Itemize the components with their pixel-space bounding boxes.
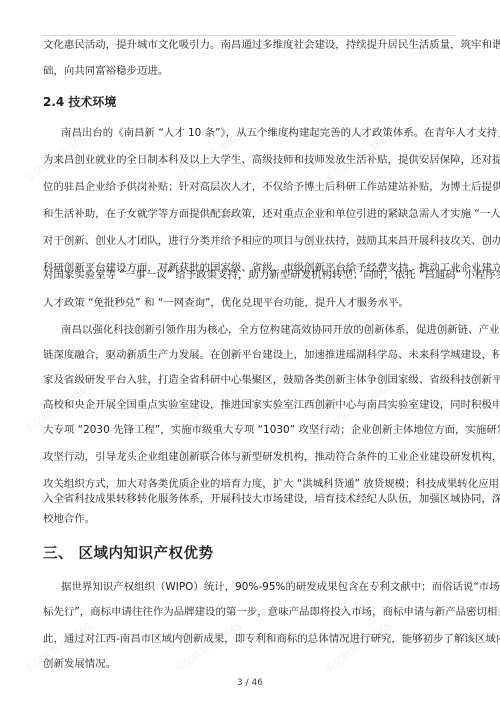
paragraph-line: 入全省科技成果转移转化服务体系，开展科技大市场建设，培育技术经纪人队伍，加强区域… <box>43 492 457 506</box>
paragraph-line: 对国家实验室等 “一事一议” 给予政策支持，助力新型研发机构转型；同时，依托 “… <box>43 268 457 282</box>
paragraph-line: 攻关组织方式，加大对各类优质企业的培育力度，扩大 “洪城科贷通” 放贷规模；科技… <box>43 477 457 491</box>
paragraph-line: 位的驻昌企业给予供岗补贴；针对高层次人才，不仅给予博士后科研工作站建站补贴，为博… <box>43 180 457 194</box>
paragraph-line: 和生活补助，在子女就学等方面提供配套政策，还对重点企业和单位引进的紧缺急需人才实… <box>43 207 457 221</box>
paragraph-line: 标先行”，商标申请往往作为品牌建设的第一步，意味产品即将投入市场，商标申请与新产… <box>43 605 457 619</box>
header-divider <box>43 35 456 36</box>
paragraph-line: 链深度融合，驱动新质生产力发展。在创新平台建设上，加速推进瑶湖科学岛、未来科学城… <box>43 348 457 362</box>
paragraph-line: 南昌以强化科技创新引领作用为核心，全方位构建高效协同开放的创新体系，促进创新链、… <box>61 323 457 337</box>
paragraph-line: 大专项 “2030 先锋工程”，实施市级重大专项 “1030” 攻坚行动；企业创… <box>43 423 457 437</box>
section-heading-2-4: 2.4 技术环境 <box>43 93 116 110</box>
paragraph-line: 础，向共同富裕稳步迈进。 <box>43 64 457 78</box>
section-heading-3: 三、 区域内知识产权优势 <box>43 542 214 563</box>
paragraph-line: 攻坚行动，引导龙头企业组建创新联合体与新型研发机构，推动符合条件的工业企业建设研… <box>43 450 457 464</box>
paragraph-line: 文化惠民活动，提升城市文化吸引力。南昌通过多维度社会建设，持续提升居民生活质量，… <box>43 38 457 52</box>
paragraph-line: 创新发展情况。 <box>43 657 457 671</box>
paragraph-line: 据世界知识产权组织（WIPO）统计，90%-95%的研发成果包含在专利文献中；而… <box>61 580 457 594</box>
paragraph-line: 对于创新、创业人才团队，进行分类并给予相应的项目与创业扶持，鼓励其来昌开展科技攻… <box>43 234 457 248</box>
paragraph-line: 此，通过对江西-南昌市区域内创新成果，即专利和商标的总体情况进行研究，能够初步了… <box>43 632 457 646</box>
paragraph-line: 家及省级研发平台入驻，打造全省科研中心集聚区，鼓励各类创新主体争创国家级、省级科… <box>43 373 457 387</box>
paragraph-line: 为来昌创业就业的全日制本科及以上大学生、高级技师和技师发放生活补贴，提供安居保障… <box>43 153 457 167</box>
paragraph-line: 高校和央企开展全国重点实验室建设，推进国家实验室江西创新中心与南昌实验室建设，同… <box>43 398 457 412</box>
paragraph-line: 南昌出台的《南昌新 “人才 10 条”》，从五个维度构建起完善的人才政策体系。在… <box>61 126 457 140</box>
document-page: 文化惠民活动，提升城市文化吸引力。南昌通过多维度社会建设，持续提升居民生活质量，… <box>0 0 500 708</box>
paragraph-line: 人才政策 “免批秒兑” 和 “一网查询”，优化兑现平台功能，提升人才服务水平。 <box>43 296 457 310</box>
page-number: 3 / 46 <box>0 678 500 688</box>
paragraph-line: 校地合作。 <box>43 512 457 526</box>
